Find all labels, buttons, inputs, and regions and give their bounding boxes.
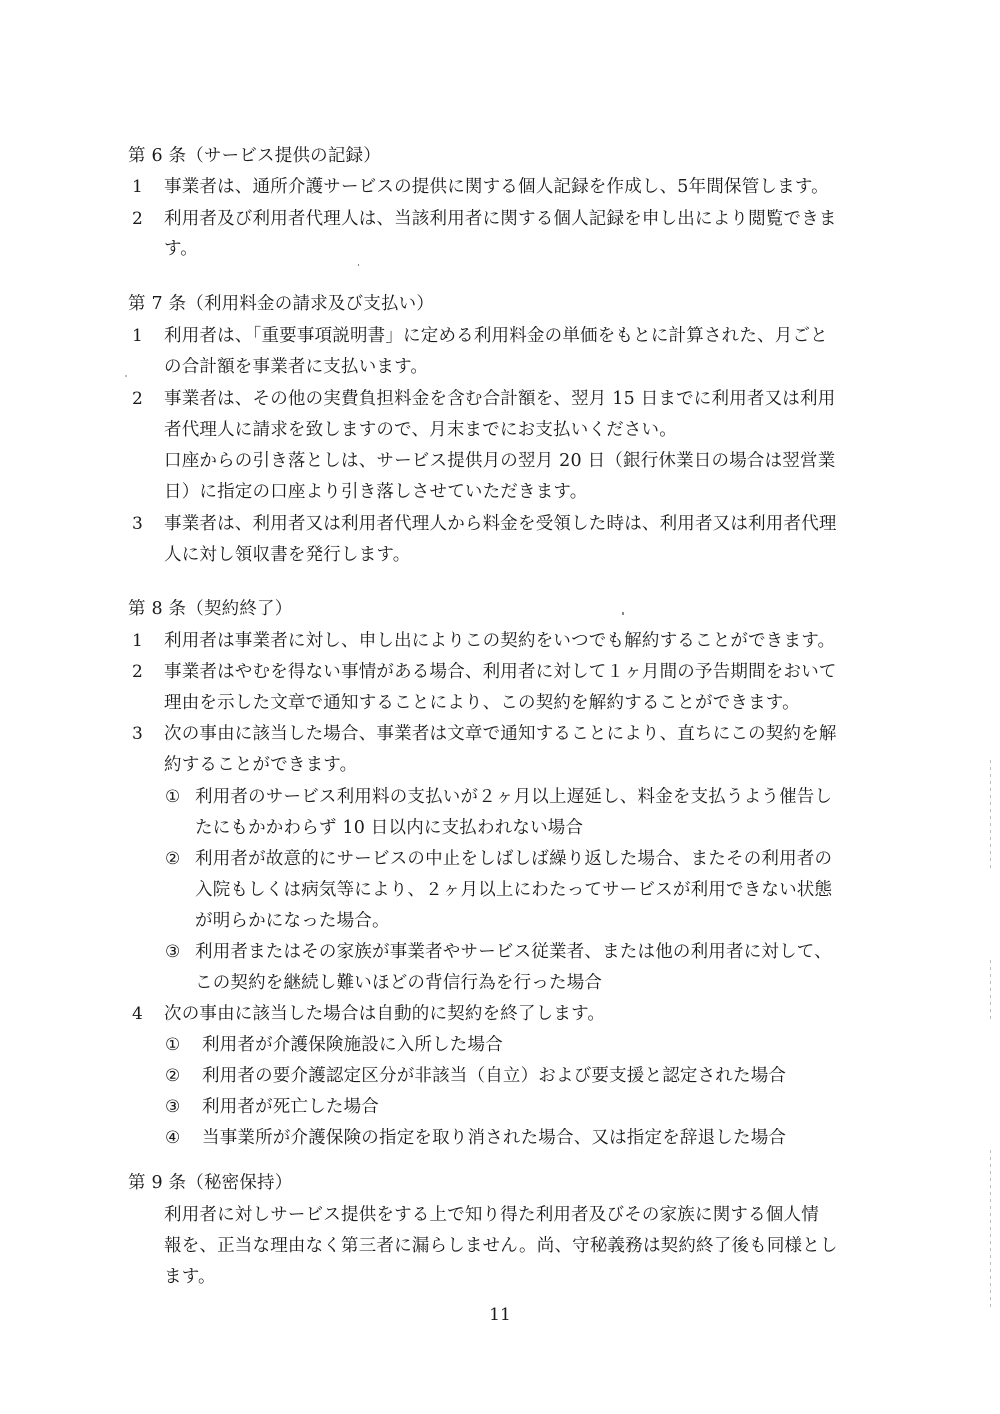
article-7-item-1: 利用者は、「重要事項説明書」に定める利用料金の単価をもとに計算された、月ごと: [164, 325, 828, 347]
item-number: 3: [132, 513, 143, 535]
article-8-item-3-sub-2-cont: 入院もしくは病気等により、２ヶ月以上にわたってサービスが利用できない状態: [195, 879, 832, 901]
article-8-item-3: 次の事由に該当した場合、事業者は文章で通知することにより、直ちにこの契約を解: [164, 723, 837, 745]
article-8-item-3-sub-1: 利用者のサービス利用料の支払いが２ヶ月以上遅延し、料金を支払うよう催告し: [195, 786, 832, 808]
article-8-item-4: 次の事由に該当した場合は自動的に契約を終了します。: [164, 1003, 605, 1025]
article-8-item-2-cont: 理由を示した文章で通知することにより、この契約を解約することができます。: [164, 692, 800, 714]
item-number: 2: [132, 208, 143, 230]
article-7-item-2: 事業者は、その他の実費負担料金を含む合計額を、翌月 15 日までに利用者又は利用: [164, 388, 835, 410]
article-7-item-3: 事業者は、利用者又は利用者代理人から料金を受領した時は、利用者又は利用者代理: [164, 513, 837, 535]
article-7-item-2-cont: 者代理人に請求を致しますので、月末までにお支払いください。: [164, 419, 677, 441]
scan-speck: [622, 612, 624, 615]
item-number: 3: [132, 723, 143, 745]
page-number: 11: [0, 1305, 1000, 1325]
article-8-item-3-sub-3: 利用者またはその家族が事業者やサービス従業者、または他の利用者に対して、: [195, 941, 832, 963]
article-8-item-1: 利用者は事業者に対し、申し出によりこの契約をいつでも解約することができます。: [164, 630, 835, 652]
article-8-item-3-sub-2-cont2: が明らかになった場合。: [195, 910, 390, 932]
article-8-item-3-cont: 約することができます。: [164, 754, 357, 776]
sub-item-number: ②: [165, 1065, 180, 1087]
article-9-heading: 第 9 条（秘密保持）: [128, 1172, 292, 1194]
item-number: 2: [132, 661, 143, 683]
article-8-item-4-sub-3: 利用者が死亡した場合: [202, 1096, 379, 1118]
sub-item-number: ④: [165, 1127, 180, 1149]
scan-speck: [125, 375, 127, 377]
article-9-text-1: 利用者に対しサービス提供をする上で知り得た利用者及びその家族に関する個人情: [164, 1204, 819, 1226]
scan-edge-artifact: [990, 760, 991, 870]
sub-item-number: ①: [165, 786, 180, 808]
article-6-heading: 第 6 条（サービス提供の記録）: [128, 145, 381, 167]
article-6-item-1: 事業者は、通所介護サービスの提供に関する個人記録を作成し、5年間保管します。: [164, 176, 829, 198]
sub-item-number: ①: [165, 1034, 180, 1056]
article-8-item-3-sub-3-cont: この契約を継続し難いほどの背信行為を行った場合: [195, 972, 602, 994]
article-9-text-3: ます。: [164, 1266, 216, 1288]
scan-speck: [358, 264, 359, 266]
article-7-item-1-cont: の合計額を事業者に支払います。: [164, 356, 428, 378]
article-6-item-2-cont: す。: [164, 238, 198, 260]
item-number: 1: [132, 630, 143, 652]
item-number: 1: [132, 325, 143, 347]
article-8-item-2: 事業者はやむを得ない事情がある場合、利用者に対して１ヶ月間の予告期間をおいて: [164, 661, 837, 683]
article-7-heading: 第 7 条（利用料金の請求及び支払い）: [128, 293, 434, 315]
article-8-item-3-sub-1-cont: たにもかかわらず 10 日以内に支払われない場合: [195, 817, 583, 839]
article-8-item-4-sub-1: 利用者が介護保険施設に入所した場合: [202, 1034, 503, 1056]
scan-edge-artifact: [990, 960, 991, 1020]
item-number: 1: [132, 176, 143, 198]
sub-item-number: ③: [165, 1096, 180, 1118]
article-6-item-2: 利用者及び利用者代理人は、当該利用者に関する個人記録を申し出により閲覧できま: [164, 208, 837, 230]
article-8-item-3-sub-2: 利用者が故意的にサービスの中止をしばしば繰り返した場合、またその利用者の: [195, 848, 832, 870]
sub-item-number: ②: [165, 848, 180, 870]
article-7-item-2-debit-cont: 日）に指定の口座より引き落しさせていただきます。: [164, 481, 587, 503]
article-7-item-2-debit: 口座からの引き落としは、サービス提供月の翌月 20 日（銀行休業日の場合は翌営業: [164, 450, 835, 472]
sub-item-number: ③: [165, 941, 180, 963]
article-7-item-3-cont: 人に対し領収書を発行します。: [164, 544, 410, 566]
article-8-heading: 第 8 条（契約終了）: [128, 598, 292, 620]
article-8-item-4-sub-2: 利用者の要介護認定区分が非該当（自立）および要支援と認定された場合: [202, 1065, 786, 1087]
document-page: 第 6 条（サービス提供の記録） 1 事業者は、通所介護サービスの提供に関する個…: [0, 0, 1000, 1414]
item-number: 2: [132, 388, 143, 410]
article-9-text-2: 報を、正当な理由なく第三者に漏らしません。尚、守秘義務は契約終了後も同様とし: [164, 1235, 838, 1257]
scan-edge-artifact: [990, 1150, 991, 1310]
item-number: 4: [132, 1003, 143, 1025]
article-8-item-4-sub-4: 当事業所が介護保険の指定を取り消された場合、又は指定を辞退した場合: [202, 1127, 786, 1149]
